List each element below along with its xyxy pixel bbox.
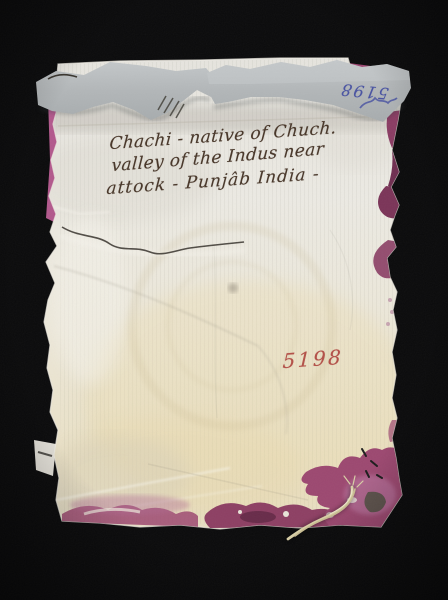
catalog-number-red: 5198 [282,345,344,373]
photograph-stage: Chachi - native of Chuch. valley of the … [0,0,448,600]
